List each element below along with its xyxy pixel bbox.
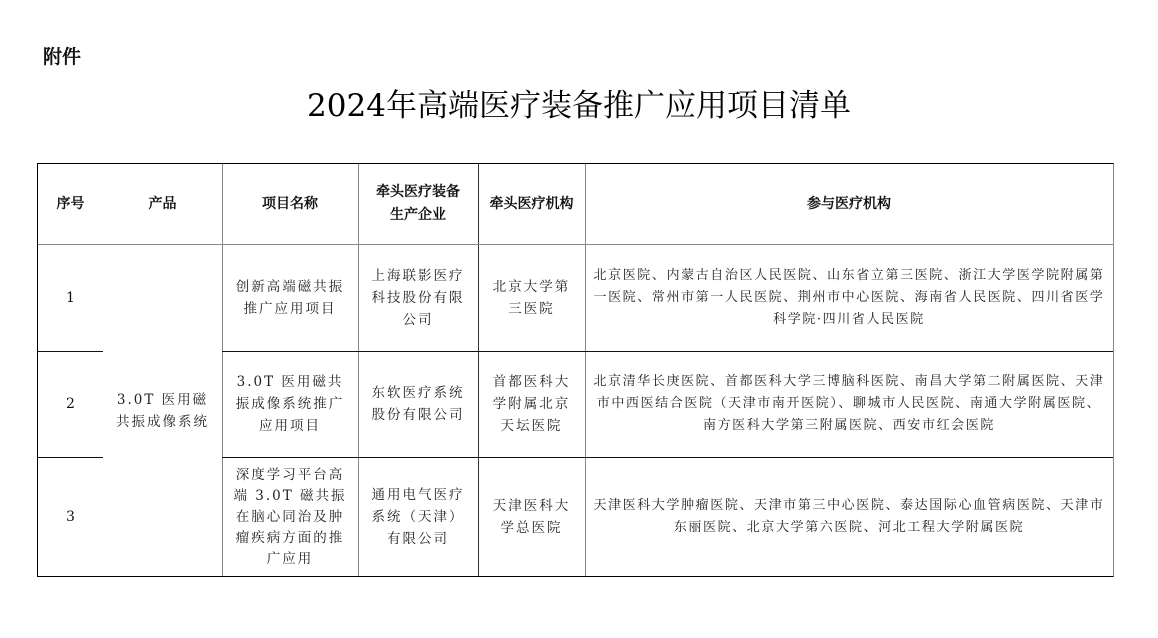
row-1-project-name: 创新高端磁共振推广应用项目 — [222, 244, 358, 351]
row-1-seq: 1 — [38, 244, 103, 351]
row-2-lead-manufacturer: 东软医疗系统股份有限公司 — [358, 351, 478, 457]
document-title: 2024年高端医疗装备推广应用项目清单 — [0, 80, 1158, 125]
row-3-lead-institution: 天津医科大学总医院 — [478, 457, 585, 577]
header-product: 产品 — [103, 164, 222, 244]
attachment-label: 附件 — [43, 42, 81, 69]
header-seq: 序号 — [38, 164, 103, 244]
product-cell: 3.0T 医用磁共振成像系统 — [103, 244, 222, 577]
row-3-seq: 3 — [38, 457, 103, 577]
row-2-seq: 2 — [38, 351, 103, 457]
header-participating-institutions: 参与医疗机构 — [585, 164, 1113, 244]
row-2-participating-institutions: 北京清华长庚医院、首都医科大学三博脑科医院、南昌大学第二附属医院、天津市中西医结… — [585, 351, 1113, 457]
row-3-project-name: 深度学习平台高端 3.0T 磁共振在脑心同治及肿瘤疾病方面的推广应用 — [222, 457, 358, 577]
header-project-name: 项目名称 — [222, 164, 358, 244]
header-lead-manufacturer: 牵头医疗装备生产企业 — [358, 164, 478, 244]
row-2-project-name: 3.0T 医用磁共振成像系统推广应用项目 — [222, 351, 358, 457]
header-lead-institution: 牵头医疗机构 — [478, 164, 585, 244]
row-1-lead-manufacturer: 上海联影医疗科技股份有限公司 — [358, 244, 478, 351]
row-3-lead-manufacturer: 通用电气医疗系统（天津）有限公司 — [358, 457, 478, 577]
project-list-table: 序号 产品 项目名称 牵头医疗装备生产企业 牵头医疗机构 参与医疗机构 3.0T… — [37, 163, 1114, 577]
row-1-lead-institution: 北京大学第三医院 — [478, 244, 585, 351]
row-1-participating-institutions: 北京医院、内蒙古自治区人民医院、山东省立第三医院、浙江大学医学院附属第一医院、常… — [585, 244, 1113, 351]
row-3-participating-institutions: 天津医科大学肿瘤医院、天津市第三中心医院、泰达国际心血管病医院、天津市东丽医院、… — [585, 457, 1113, 577]
row-2-lead-institution: 首都医科大学附属北京天坛医院 — [478, 351, 585, 457]
